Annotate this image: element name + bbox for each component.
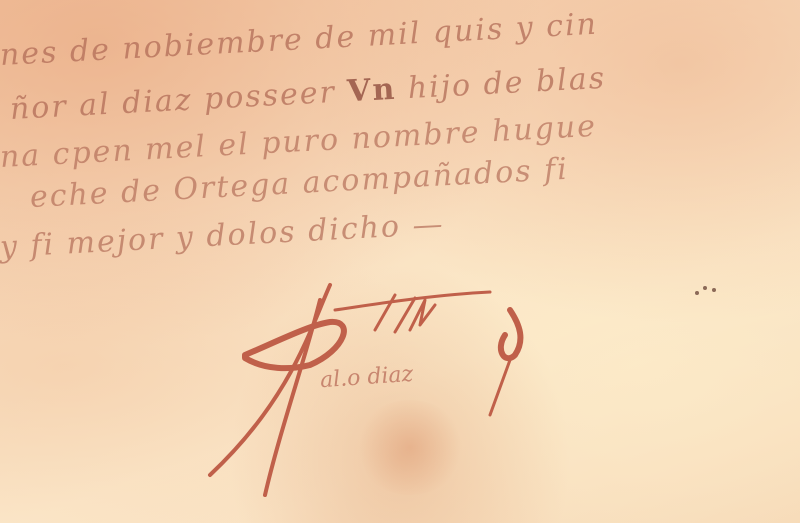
manuscript-image: nes de nobiembre de mil quis y cin ñor a…	[0, 0, 800, 523]
speck	[712, 288, 716, 292]
line-2-end: hijo de blas	[395, 61, 606, 107]
manuscript-line-5: y fi mejor y dolos dicho —	[0, 207, 445, 265]
speck	[703, 286, 707, 290]
manuscript-line-1: nes de nobiembre de mil quis y cin	[0, 7, 599, 73]
line-2-start: ñor al diaz posseer	[9, 74, 348, 127]
speck	[695, 291, 699, 295]
emphasized-word: Vn	[346, 72, 397, 110]
ink-specks	[695, 283, 725, 297]
